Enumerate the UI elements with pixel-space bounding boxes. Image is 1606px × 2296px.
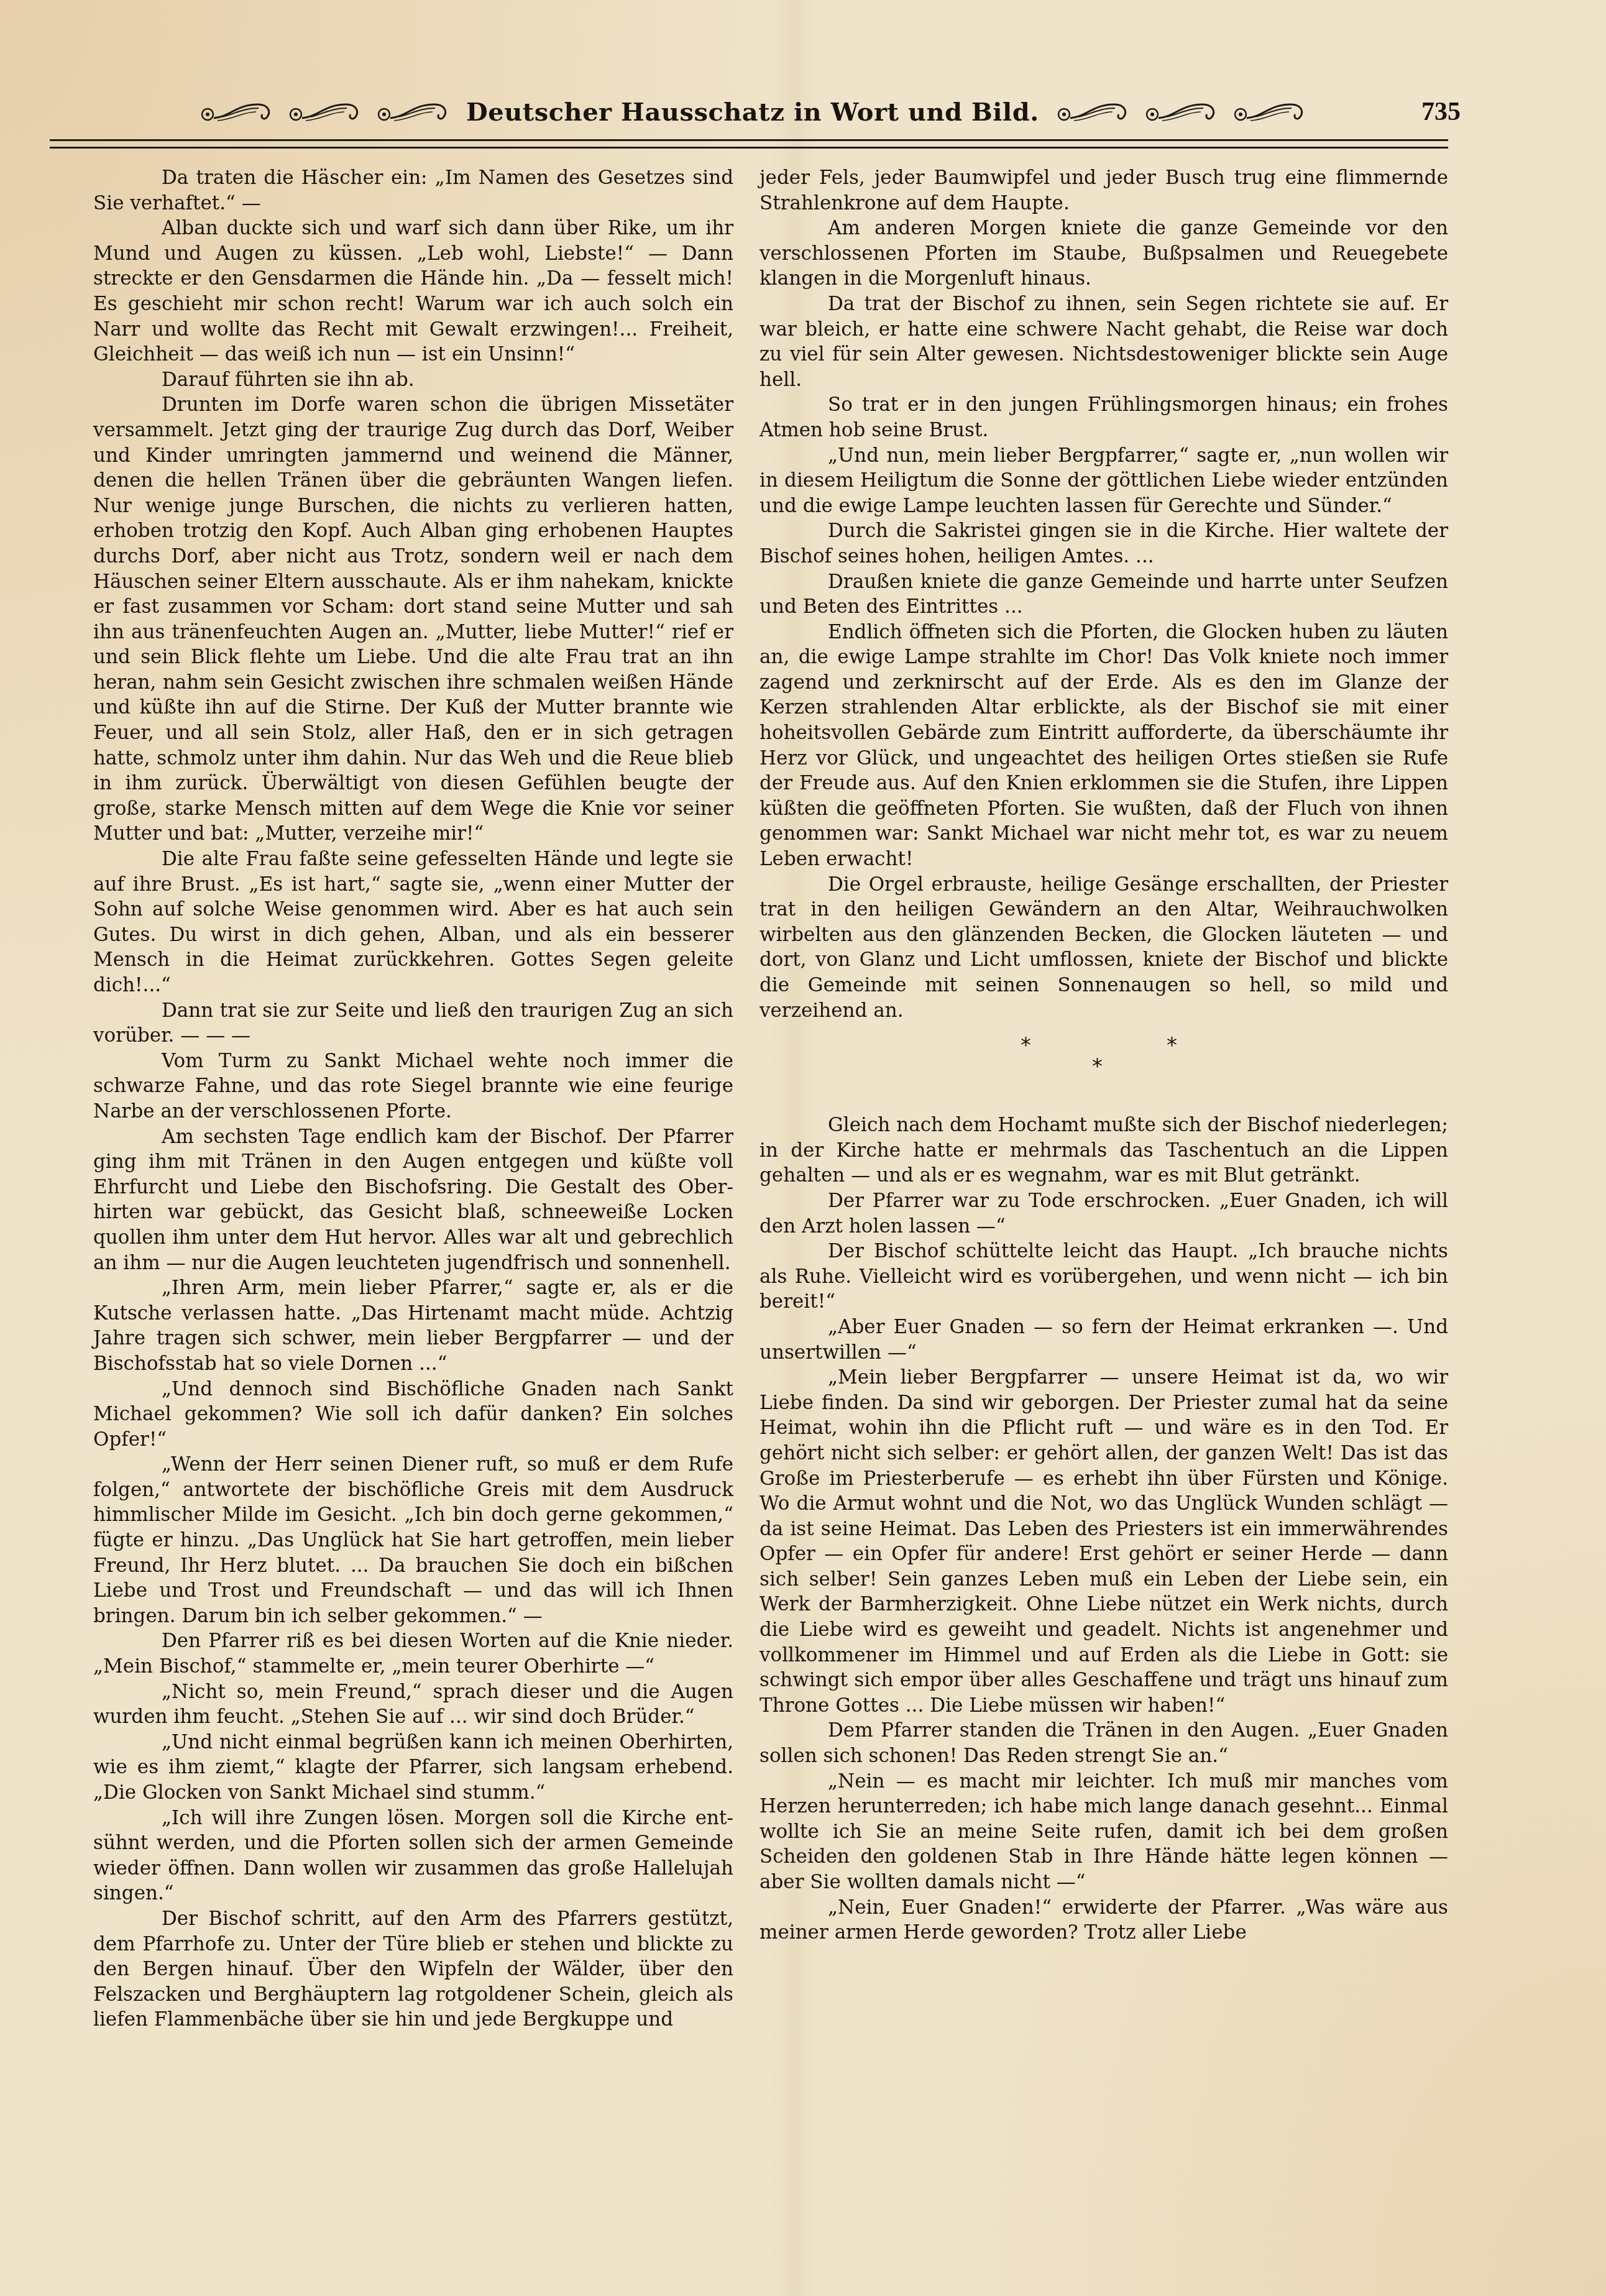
floral-ornament-icon	[375, 98, 450, 126]
page-number: 735	[1421, 97, 1461, 127]
header-rule-top	[50, 139, 1448, 141]
paragraph: Alban duckte sich und warf sich dann übe…	[93, 216, 733, 367]
paragraph: Die alte Frau faßte seine gefesselten Hä…	[93, 847, 733, 998]
running-title: Deutscher Hausschatz in Wort und Bild.	[466, 98, 1039, 127]
paragraph: Drunten im Dorfe waren schon die übrigen…	[93, 392, 733, 847]
running-header: Deutscher Hausschatz in Wort und Bild. 7…	[199, 90, 1461, 134]
floral-ornament-icon	[287, 98, 362, 126]
paragraph: Am anderen Morgen kniete die ganze Gemei…	[759, 216, 1448, 292]
paragraph: Vom Turm zu Sankt Michael wehte noch imm…	[93, 1049, 733, 1124]
paragraph: Durch die Sakristei gingen sie in die Ki…	[759, 518, 1448, 569]
asterisk-icon: *	[1021, 1033, 1031, 1058]
paragraph: Der Bischof schüttelte leicht das Haupt.…	[759, 1239, 1448, 1315]
paragraph: Die Orgel erbrauste, heilige Gesänge ers…	[759, 872, 1448, 1024]
floral-ornament-icon	[1232, 98, 1306, 126]
paragraph: „Nein, Euer Gnaden!“ erwiderte der Pfarr…	[759, 1895, 1448, 1945]
floral-ornament-icon	[1055, 98, 1130, 126]
text-column-left: Da traten die Häscher ein: „Im Namen des…	[93, 165, 733, 2032]
header-rule-bottom	[50, 147, 1448, 149]
paragraph: Endlich öffneten sich die Pforten, die G…	[759, 620, 1448, 872]
floral-ornament-icon	[199, 98, 273, 126]
paragraph: „Ich will ihre Zungen lösen. Morgen soll…	[93, 1806, 733, 1906]
floral-ornament-icon	[1144, 98, 1218, 126]
paragraph: „Nein — es macht mir leichter. Ich muß m…	[759, 1769, 1448, 1895]
paragraph: Dann trat sie zur Seite und ließ den tra…	[93, 998, 733, 1049]
paragraph: „Aber Euer Gnaden — so fern der Heimat e…	[759, 1315, 1448, 1365]
text-column-right: jeder Fels, jeder Baumwipfel und jeder B…	[759, 165, 1448, 1945]
paragraph: Der Pfarrer war zu Tode erschrocken. „Eu…	[759, 1188, 1448, 1239]
paragraph: Dem Pfarrer standen die Tränen in den Au…	[759, 1718, 1448, 1768]
paragraph: „Ihren Arm, mein lieber Pfarrer,“ sagte …	[93, 1275, 733, 1376]
paragraph: „Wenn der Herr seinen Diener ruft, so mu…	[93, 1452, 733, 1628]
paragraph: „Und dennoch sind Bischöfliche Gnaden na…	[93, 1377, 733, 1453]
paragraph: „Nicht so, mein Freund,“ sprach dieser u…	[93, 1679, 733, 1730]
paragraph: So trat er in den jungen Frühlingsmorgen…	[759, 392, 1448, 443]
asterisk-icon: *	[1092, 1054, 1103, 1080]
paragraph: Am sechsten Tage endlich kam der Bischof…	[93, 1124, 733, 1276]
paragraph: Da traten die Häscher ein: „Im Namen des…	[93, 165, 733, 216]
paragraph: Gleich nach dem Hochamt mußte sich der B…	[759, 1113, 1448, 1188]
ornament-group-left	[199, 98, 450, 126]
paragraph: „Und nun, mein lieber Bergpfarrer,“ sagt…	[759, 443, 1448, 519]
paragraph-continued: jeder Fels, jeder Baumwipfel und jeder B…	[759, 165, 1448, 216]
ornament-group-right	[1055, 98, 1306, 126]
paragraph: Da trat der Bischof zu ihnen, sein Segen…	[759, 292, 1448, 392]
paragraph: Der Bischof schritt, auf den Arm des Pfa…	[93, 1906, 733, 2032]
paragraph: „Und nicht einmal begrüßen kann ich mein…	[93, 1730, 733, 1806]
section-break-asterisks: * * *	[759, 1029, 1448, 1110]
paragraph: „Mein lieber Bergpfarrer — unsere Heimat…	[759, 1365, 1448, 1718]
paragraph: Darauf führten sie ihn ab.	[93, 367, 733, 393]
paragraph: Den Pfarrer riß es bei diesen Worten auf…	[93, 1628, 733, 1679]
asterisk-icon: *	[1167, 1033, 1177, 1058]
paragraph: Draußen kniete die ganze Gemeinde und ha…	[759, 569, 1448, 620]
